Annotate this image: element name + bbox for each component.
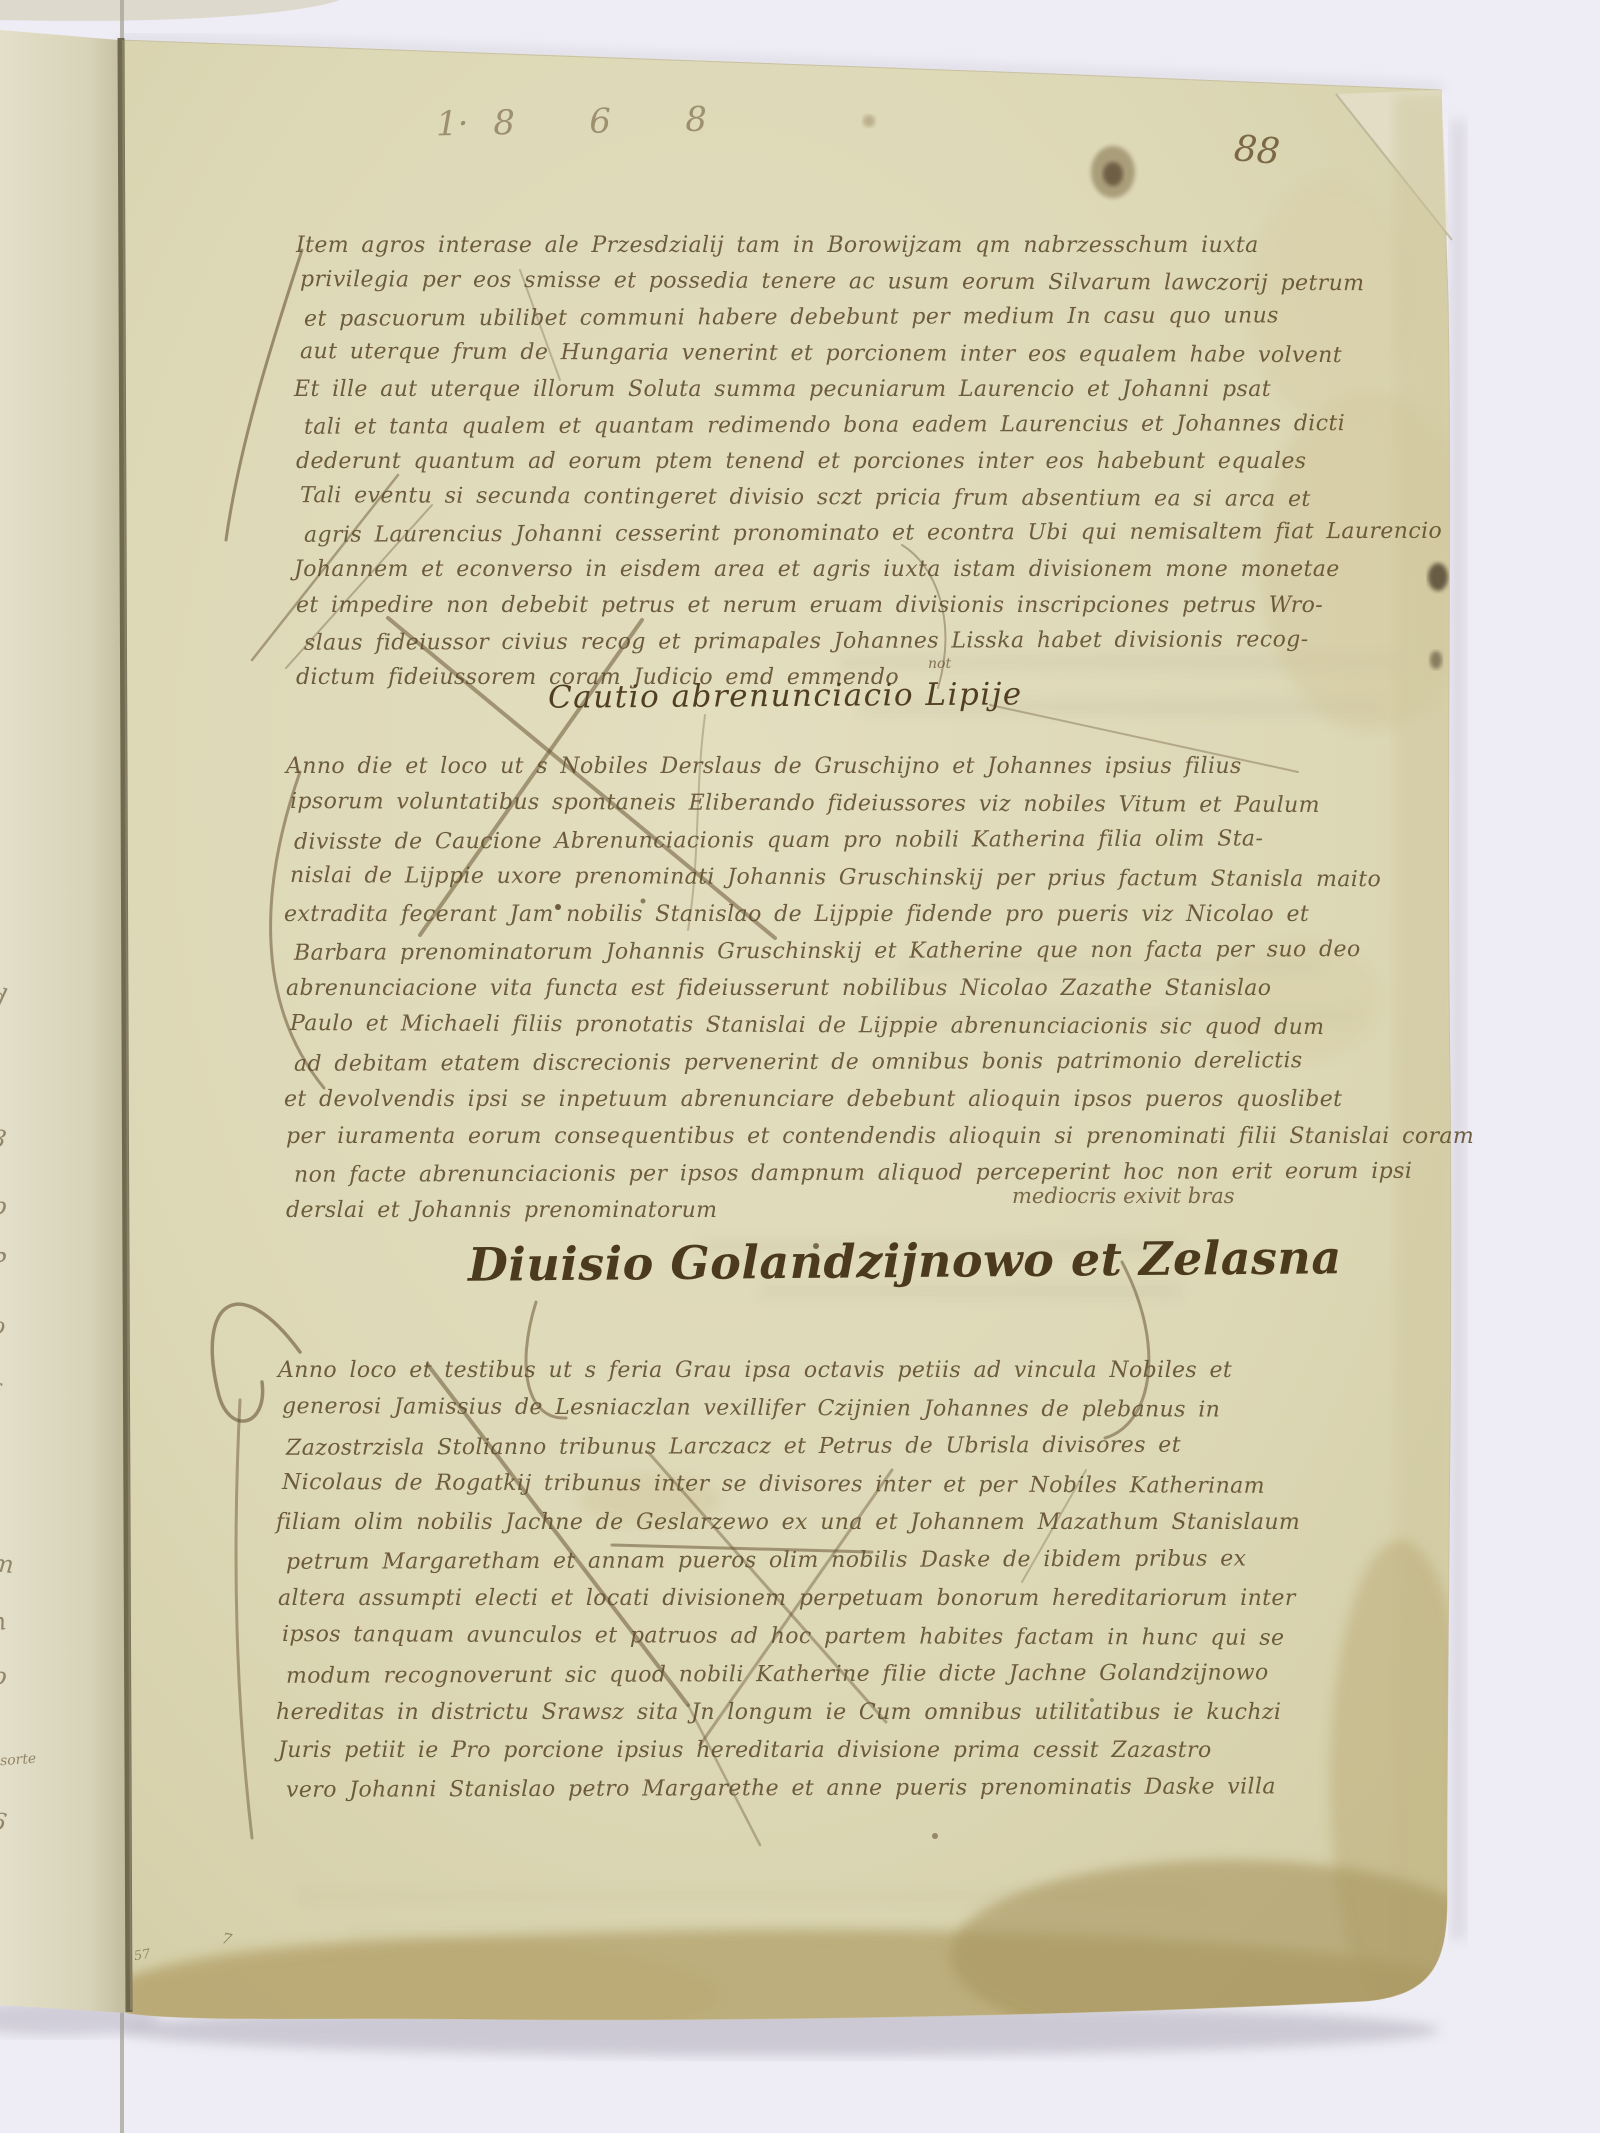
entry3-line: Nicolaus de Rogatkij tribunus inter se d… — [282, 1464, 1328, 1506]
entry2-line: ipsorum voluntatibus spontaneis Eliberan… — [290, 783, 1314, 824]
entry1-line: slaus fideiussor civius recog et primapa… — [304, 622, 1308, 662]
previous-page-leaf — [0, 30, 127, 2013]
entry2-line: Paulo et Michaeli filiis pronotatis Stan… — [290, 1005, 1314, 1046]
entry3-line: modum recognoverunt sic quod nobili Kath… — [286, 1654, 1332, 1696]
entry1-line: Item agros interase ale Przesdzialij tam… — [296, 228, 1300, 264]
section-heading-cautio: Cautio abrenunciacio Lipije — [548, 676, 1023, 715]
corner-mark: 57 — [133, 1947, 152, 1965]
entry3-line: Zazostrzisla Stolianno tribunus Larczacz… — [286, 1426, 1332, 1468]
entry2-line: Anno die et loco ut s Nobiles Derslaus d… — [286, 748, 1310, 785]
nota-mark: not — [928, 656, 951, 672]
entry3-line: hereditas in districtu Srawsz sita Jn lo… — [276, 1694, 1322, 1732]
prev-page-text-fragment: sorte — [0, 1751, 37, 1769]
entry3-line: Anno loco et testibus ut s feria Grau ip… — [278, 1352, 1324, 1390]
prev-page-text-fragment: m — [0, 1549, 15, 1579]
entry3-line: generosi Jamissius de Lesniaczlan vexill… — [282, 1388, 1328, 1430]
entry1-line: tali et tanta qualem et quantam redimend… — [304, 406, 1308, 446]
entry1-line: privilegia per eos smisse et possedia te… — [300, 262, 1304, 302]
entry2-line: per iuramenta eorum consequentibus et co… — [286, 1118, 1310, 1155]
entry2-line: et devolvendis ipsi se inpetuum abrenunc… — [284, 1081, 1308, 1118]
entry2-line: ad debitam etatem discrecionis perveneri… — [294, 1042, 1318, 1083]
entry1-line: et impedire non debebit petrus et nerum … — [296, 588, 1300, 624]
entry-2: Anno die et loco ut s Nobiles Derslaus d… — [286, 748, 1310, 1229]
entry1-line: aut uterque frum de Hungaria venerint et… — [300, 334, 1304, 374]
manuscript-scan: 1· 8 6 8 88 Item agros interase ale Prze… — [0, 0, 1600, 2133]
entry2-line: nislai de Lijppie uxore prenominati Joha… — [290, 857, 1314, 898]
entry1-line: dederunt quantum ad eorum ptem tenend et… — [296, 444, 1300, 480]
folio-number: 88 — [1232, 128, 1281, 173]
section-heading-divisio: Diuisio Golandzijnowo et Zelasna — [468, 1230, 1342, 1292]
entry1-line: agris Laurencius Johanni cesserint prono… — [304, 514, 1308, 554]
entry3-line: vero Johanni Stanislao petro Margarethe … — [286, 1768, 1332, 1810]
entry2-line: Barbara prenominatorum Johannis Gruschin… — [294, 931, 1318, 972]
entry2-line: extradita fecerant Jam nobilis Stanislao… — [284, 896, 1308, 933]
entry1-line: Johannem et econverso in eisdem area et … — [294, 552, 1298, 588]
entry1-line: et pascuorum ubilibet communi habere deb… — [304, 298, 1308, 338]
postscript-note: mediocris exivit bras — [1012, 1184, 1235, 1208]
entry2-line: abrenunciacione vita functa est fideiuss… — [286, 970, 1310, 1007]
entry1-line: Et ille aut uterque illorum Soluta summa… — [294, 372, 1298, 408]
entry3-line: ipsos tanquam avunculos et patruos ad ho… — [282, 1616, 1328, 1658]
entry3-line: altera assumpti electi et locati divisio… — [278, 1580, 1324, 1618]
entry-3: Anno loco et testibus ut s feria Grau ip… — [278, 1352, 1324, 1808]
entry3-line: filiam olim nobilis Jachne de Geslarzewo… — [276, 1504, 1322, 1542]
entry3-line: petrum Margaretham et annam pueros olim … — [286, 1540, 1332, 1582]
entry1-line: Tali eventu si secunda contingeret divis… — [300, 478, 1304, 518]
entry-1: Item agros interase ale Przesdzialij tam… — [296, 228, 1300, 696]
date-annotation: 1· 8 6 8 — [436, 100, 708, 145]
entry3-line: Juris petiit ie Pro porcione ipsius here… — [278, 1732, 1324, 1770]
entry2-line: divisste de Caucione Abrenunciacionis qu… — [294, 820, 1318, 861]
